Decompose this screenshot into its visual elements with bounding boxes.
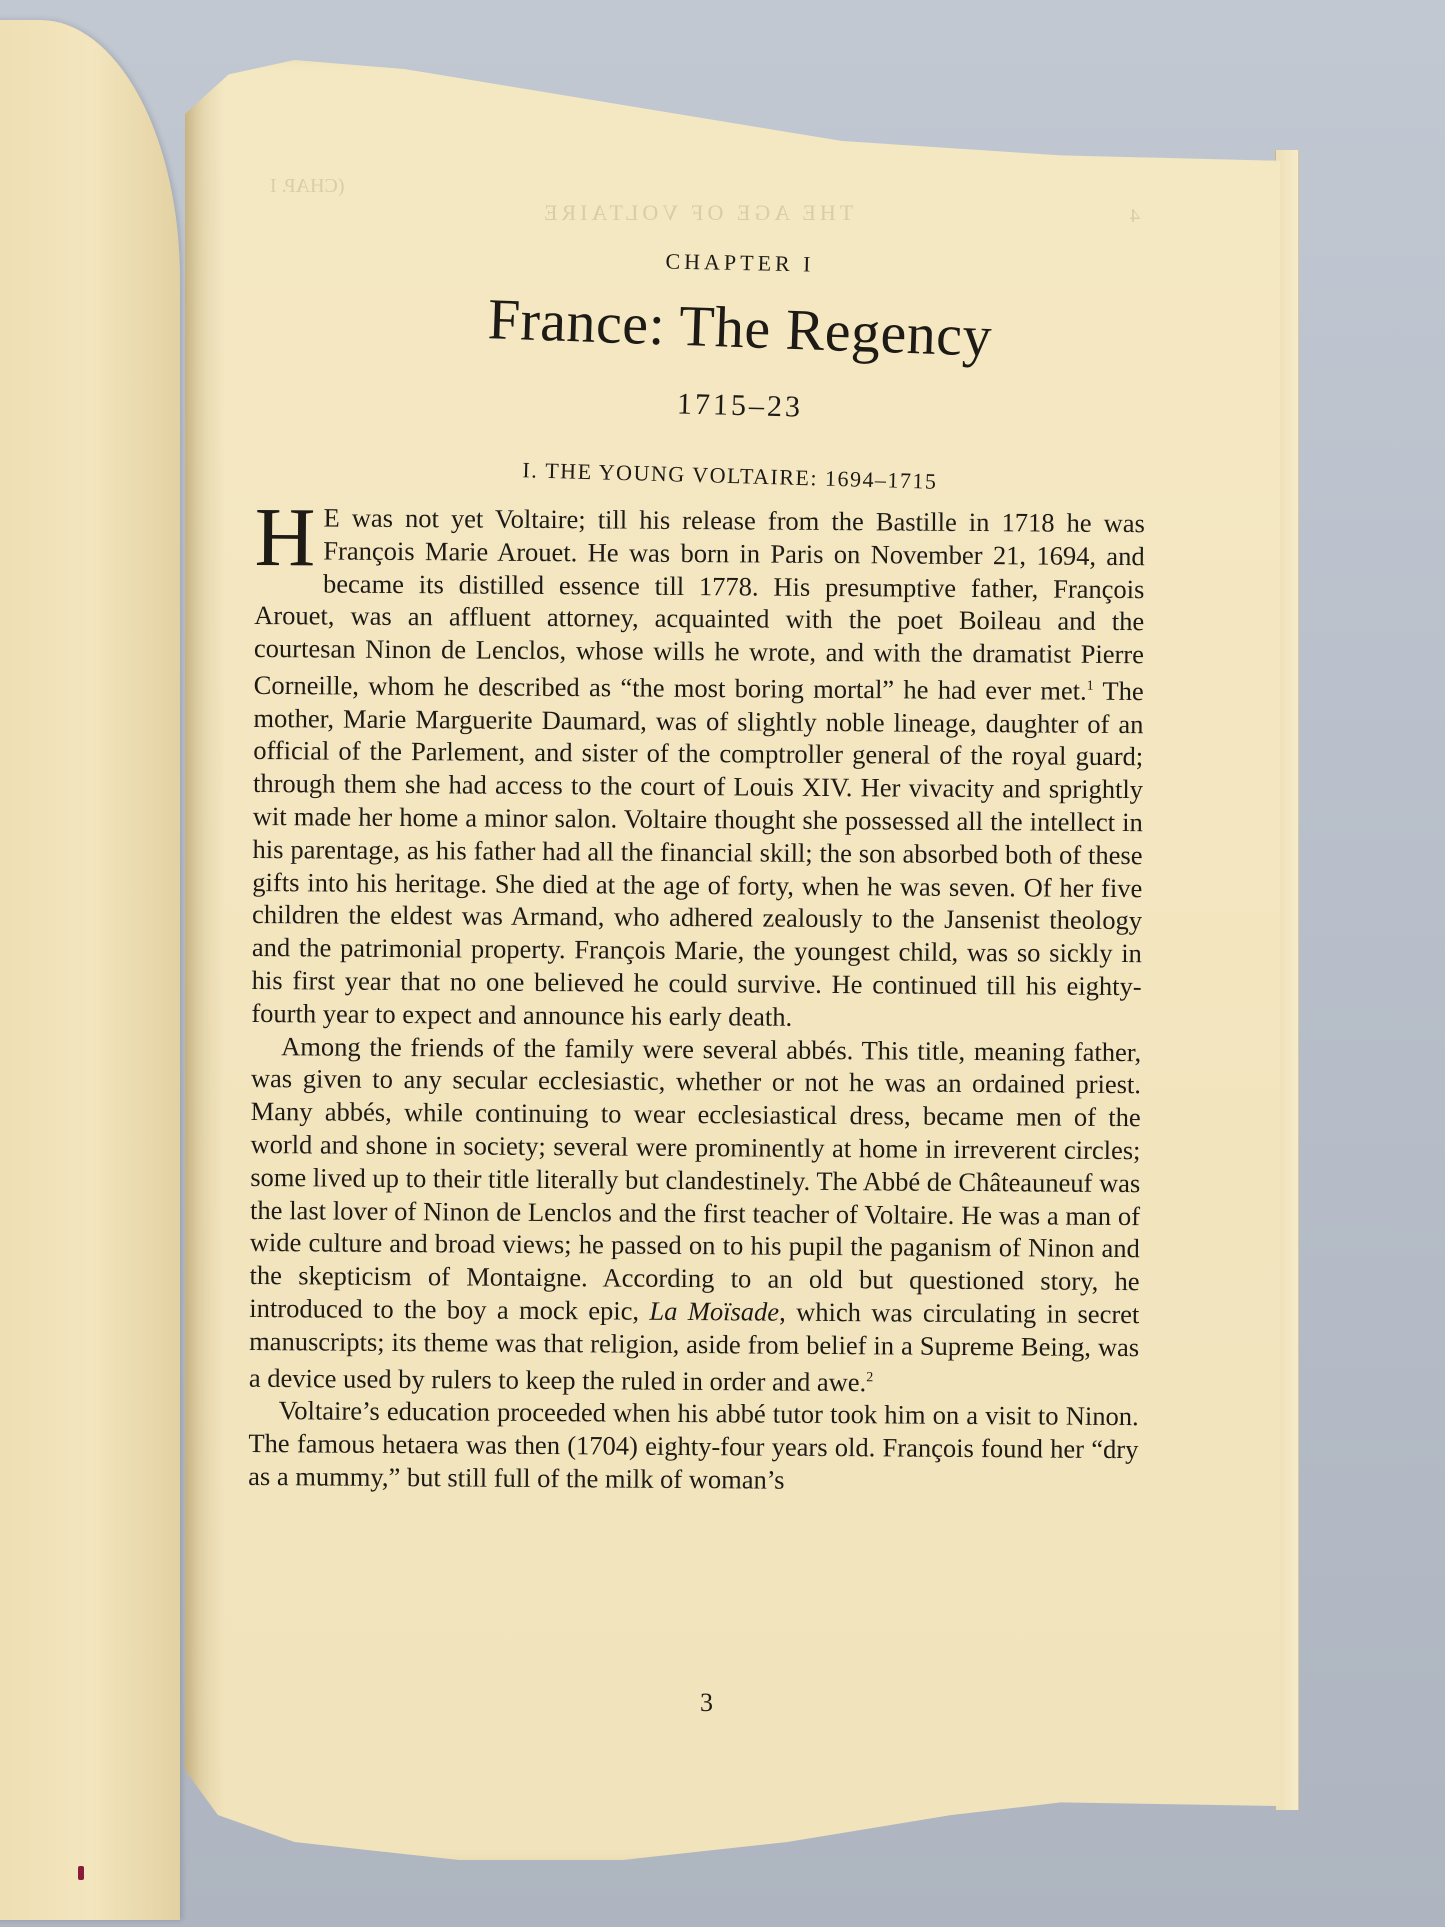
paragraph-3: Voltaire’s education proceeded when his … bbox=[248, 1394, 1139, 1499]
paragraph-2: Among the friends of the family were sev… bbox=[249, 1030, 1142, 1401]
drop-cap: H bbox=[255, 505, 316, 571]
showthrough-page-number: 4 bbox=[1130, 205, 1140, 228]
chapter-title: France: The Regency bbox=[334, 280, 1146, 375]
chapter-dates: 1715–23 bbox=[335, 378, 1146, 433]
paragraph-1: HE was not yet Voltaire; till his releas… bbox=[251, 501, 1145, 1036]
gutter-shadow bbox=[185, 60, 225, 1860]
paragraph-3-text: Voltaire’s education proceeded when his … bbox=[248, 1395, 1139, 1494]
body-text: HE was not yet Voltaire; till his releas… bbox=[248, 501, 1145, 1499]
section-dates: 1694–1715 bbox=[825, 466, 938, 494]
section-title: THE YOUNG VOLTAIRE: bbox=[545, 458, 818, 491]
section-number: I. bbox=[522, 457, 539, 482]
showthrough-running-head: THE AGE OF VOLTAIRE bbox=[540, 200, 853, 226]
showthrough-chapter-ref: (CHAP. I bbox=[270, 175, 344, 198]
paragraph-1-text: E was not yet Voltaire; till his release… bbox=[254, 502, 1145, 705]
footnote-ref-2[interactable]: 2 bbox=[866, 1370, 873, 1385]
page-content: CHAPTER I France: The Regency 1715–23 I.… bbox=[255, 250, 1145, 1493]
bookmark-ribbon bbox=[78, 1866, 84, 1880]
italic-title-la-moisade: La Moïsade bbox=[649, 1296, 779, 1327]
section-heading: I. THE YOUNG VOLTAIRE: 1694–1715 bbox=[315, 451, 1145, 500]
left-page-edge bbox=[0, 20, 180, 1920]
paragraph-2-text: Among the friends of the family were sev… bbox=[249, 1031, 1141, 1326]
page-number: 3 bbox=[700, 1688, 713, 1718]
paragraph-1-text-cont: The mother, Marie Marguerite Daumard, wa… bbox=[251, 676, 1143, 1032]
